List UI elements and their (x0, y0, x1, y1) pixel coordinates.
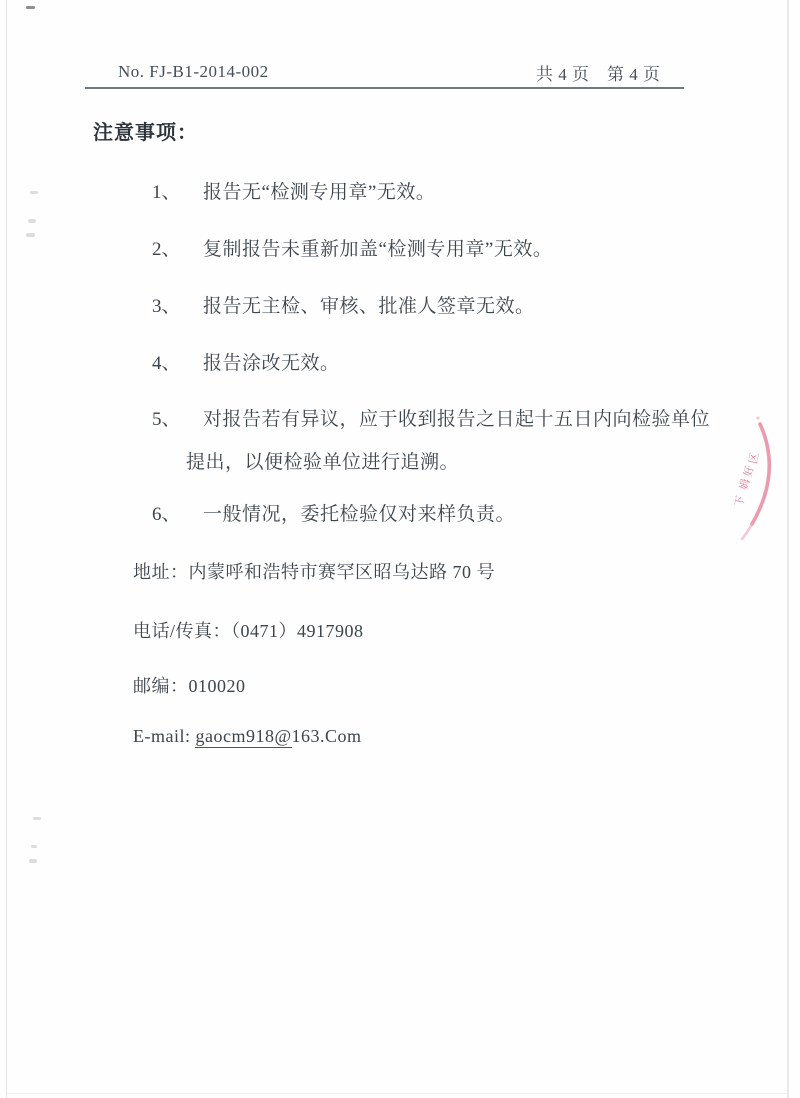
stamp-character: 好 (740, 464, 758, 478)
email-address-user: gaocm918@ (195, 726, 291, 748)
postal-code-line: 邮编：010020 (133, 672, 246, 698)
note-number: 1、 (152, 177, 198, 204)
note-number: 4、 (152, 348, 198, 375)
header-rule (85, 87, 684, 89)
note-number: 2、 (152, 234, 198, 261)
stamp-character: 区 (745, 451, 763, 465)
note-number: 3、 (152, 291, 198, 318)
note-text-continued: 提出，以便检验单位进行追溯。 (186, 447, 459, 474)
email-line: E-mail: gaocm918@163.Com (133, 726, 362, 747)
phone-fax-line: 电话/传真：（0471）4917908 (133, 617, 364, 643)
note-text: 复制报告未重新加盖“检测专用章”无效。 (203, 234, 552, 261)
note-text: 报告无“检测专用章”无效。 (203, 177, 435, 204)
email-address-domain: 163.Com (292, 726, 362, 746)
scan-smudge (31, 845, 37, 848)
red-stamp-partial: 区 好 姆 下 (722, 412, 792, 547)
note-number: 5、 (152, 404, 198, 431)
scan-smudge (26, 6, 35, 9)
scan-smudge (29, 859, 37, 863)
scan-smudge (26, 233, 35, 237)
stamp-character: 下 (731, 494, 749, 508)
note-number: 6、 (152, 499, 198, 526)
page-edge-left (6, 0, 7, 1098)
scan-smudge (33, 817, 41, 820)
page-edge-right (787, 0, 789, 1098)
email-label: E-mail: (133, 726, 195, 746)
page-edge-bottom (6, 1093, 788, 1094)
note-text: 对报告若有异议，应于收到报告之日起十五日内向检验单位 (203, 404, 710, 431)
address-line: 地址：内蒙呼和浩特市赛罕区昭乌达路 70 号 (133, 558, 495, 584)
note-text: 报告涂改无效。 (203, 348, 340, 375)
scan-smudge (30, 191, 38, 194)
scan-smudge (28, 219, 36, 223)
page-count: 共 4 页 第 4 页 (536, 60, 661, 85)
page-title: 注意事项： (93, 116, 198, 145)
note-text: 一般情况，委托检验仅对来样负责。 (203, 499, 515, 526)
note-text: 报告无主检、审核、批准人签章无效。 (203, 291, 535, 318)
document-number: No. FJ-B1-2014-002 (118, 62, 269, 82)
stamp-arc (722, 412, 792, 547)
scanned-report-page: No. FJ-B1-2014-002 共 4 页 第 4 页 注意事项： 1、 … (0, 0, 800, 1098)
stamp-character: 姆 (736, 477, 754, 491)
